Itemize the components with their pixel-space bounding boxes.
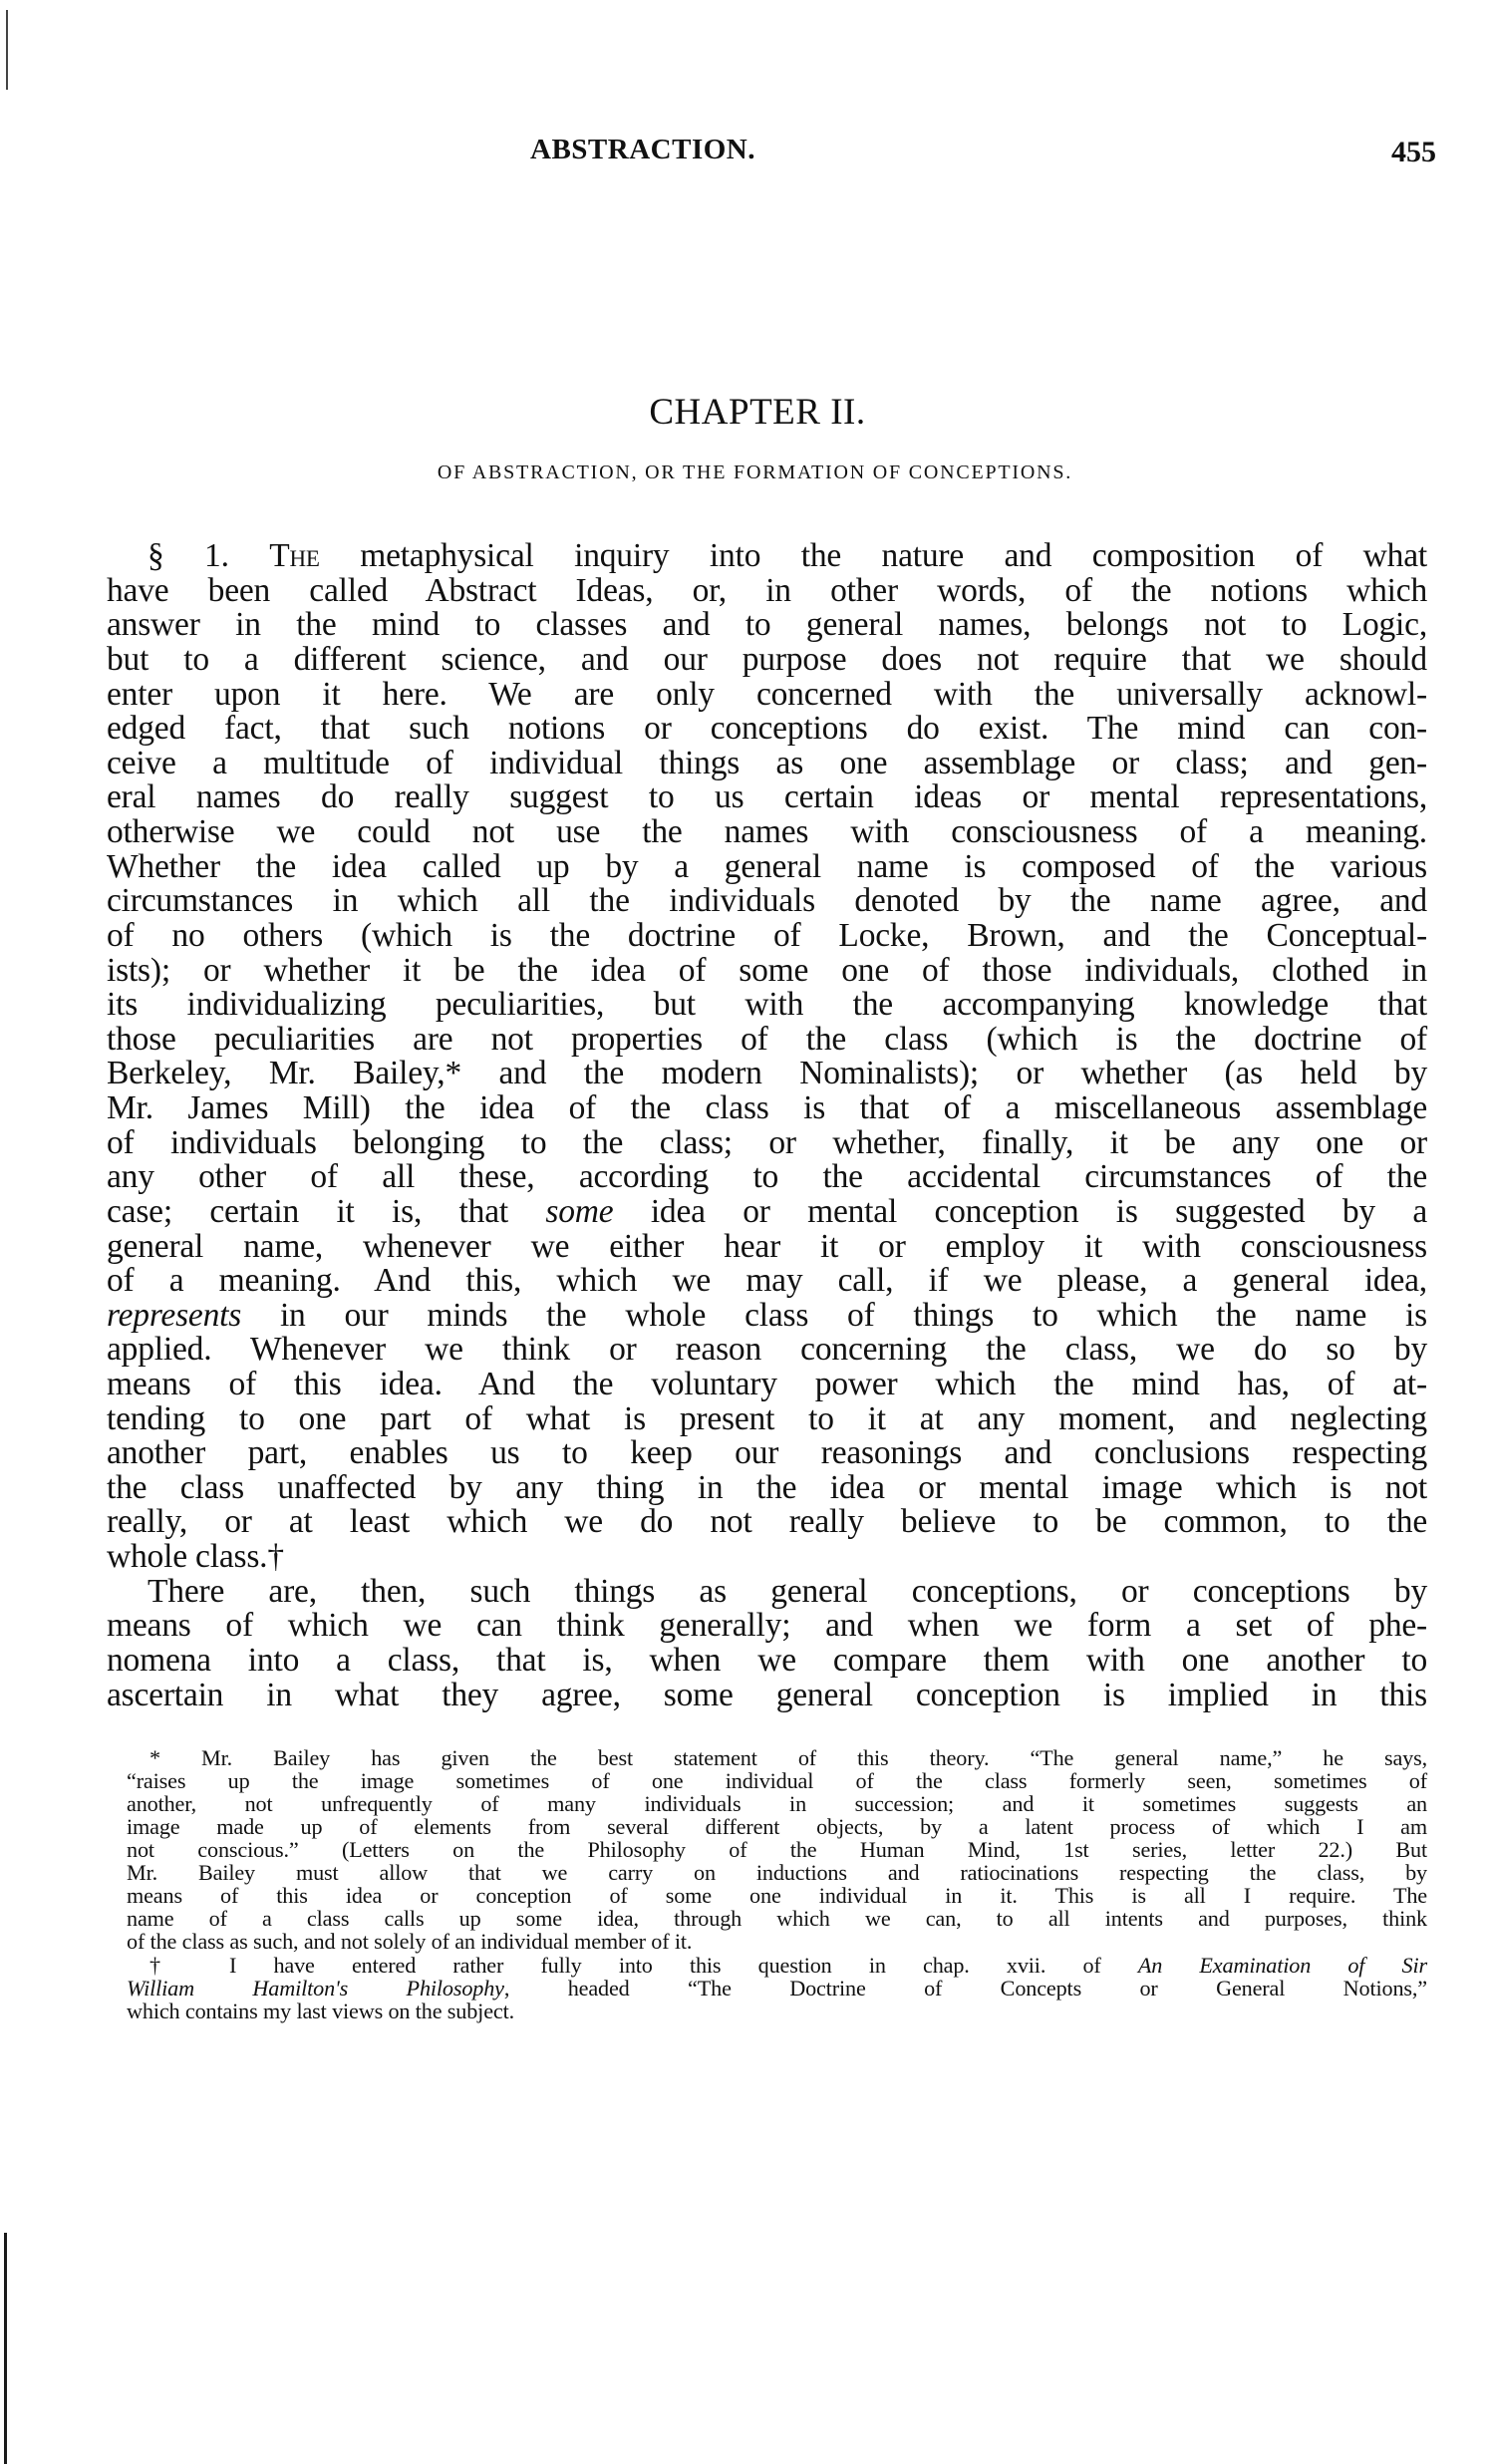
body-line: enter upon it here. We are only concerne… <box>107 678 1427 712</box>
body-line: answer in the mind to classes and to gen… <box>107 608 1427 642</box>
body-line: There are, then, such things as general … <box>148 1575 1427 1609</box>
body-line: § 1. The metaphysical inquiry into the n… <box>148 539 1427 573</box>
body-line: eral names do really suggest to us certa… <box>107 780 1427 814</box>
footnote-line: Mr. Bailey must allow that we carry on i… <box>127 1861 1427 1885</box>
body-line: circumstances in which all the individua… <box>107 884 1427 918</box>
binding-edge <box>4 2233 7 2464</box>
first-word: The <box>269 537 320 574</box>
body-line: general name, whenever we either hear it… <box>107 1230 1427 1264</box>
footnote-line: William Hamilton's Philosophy, headed “T… <box>127 1977 1427 2001</box>
footnote-line: name of a class calls up some idea, thro… <box>127 1907 1427 1931</box>
footnote-line: which contains my last views on the subj… <box>127 2000 1427 2023</box>
emphasis-represents: represents <box>107 1297 241 1334</box>
binding-speck <box>6 10 8 90</box>
body-line: ists); or whether it be the idea of some… <box>107 954 1427 988</box>
chapter-title: CHAPTER II. <box>0 391 1485 434</box>
body-line: means of this idea. And the voluntary po… <box>107 1368 1427 1401</box>
body-line: Whether the idea called up by a general … <box>107 850 1427 884</box>
body-line: those peculiarities are not properties o… <box>107 1023 1427 1057</box>
body-line: ascertain in what they agree, some gener… <box>107 1679 1427 1712</box>
body-line: the class unaffected by any thing in the… <box>107 1471 1427 1505</box>
body-line: whole class.† <box>107 1540 1427 1574</box>
footnote-line: “raises up the image sometimes of one in… <box>127 1769 1427 1793</box>
body-line: of individuals belonging to the class; o… <box>107 1126 1427 1160</box>
body-line: applied. Whenever we think or reason con… <box>107 1333 1427 1367</box>
footnote-line: of the class as such, and not solely of … <box>127 1930 1427 1954</box>
body-line: represents in our minds the whole class … <box>107 1299 1427 1333</box>
book-title: William Hamilton's Philosophy <box>127 1976 504 2001</box>
body-line: have been called Abstract Ideas, or, in … <box>107 574 1427 608</box>
footnote-line: * Mr. Bailey has given the best statemen… <box>149 1746 1427 1770</box>
page-number: 455 <box>1391 136 1436 169</box>
body-line: really, or at least which we do not real… <box>107 1505 1427 1539</box>
body-line: nomena into a class, that is, when we co… <box>107 1644 1427 1678</box>
section-mark: § 1. <box>148 537 229 574</box>
body-line: otherwise we could not use the names wit… <box>107 815 1427 849</box>
body-line: Mr. James Mill) the idea of the class is… <box>107 1091 1427 1125</box>
body-line: but to a different science, and our purp… <box>107 643 1427 677</box>
running-title: ABSTRACTION. <box>0 134 1286 166</box>
chapter-subtitle: OF ABSTRACTION, OR THE FORMATION OF CONC… <box>0 462 1480 484</box>
body-line: means of which we can think generally; a… <box>107 1609 1427 1643</box>
body-line: any other of all these, according to the… <box>107 1160 1427 1194</box>
body-line: its individualizing peculiarities, but w… <box>107 988 1427 1022</box>
body-line: tending to one part of what is present t… <box>107 1402 1427 1436</box>
body-line: another part, enables us to keep our rea… <box>107 1436 1427 1470</box>
footnote-line: means of this idea or conception of some… <box>127 1884 1427 1908</box>
footnote-line: image made up of elements from several d… <box>127 1815 1427 1839</box>
emphasis-some: some <box>545 1193 613 1230</box>
body-line: Berkeley, Mr. Bailey,* and the modern No… <box>107 1057 1427 1090</box>
footnote-line: † I have entered rather fully into this … <box>149 1954 1427 1978</box>
footnote-line: not conscious.” (Letters on the Philosop… <box>127 1838 1427 1862</box>
body-line: edged fact, that such notions or concept… <box>107 712 1427 746</box>
body-line: of a meaning. And this, which we may cal… <box>107 1264 1427 1298</box>
body-line: of no others (which is the doctrine of L… <box>107 919 1427 953</box>
book-title: An Examination of Sir <box>1138 1953 1427 1978</box>
body-line: ceive a multitude of individual things a… <box>107 747 1427 780</box>
footnote-line: another, not unfrequently of many indivi… <box>127 1792 1427 1816</box>
body-line: case; certain it is, that some idea or m… <box>107 1195 1427 1229</box>
